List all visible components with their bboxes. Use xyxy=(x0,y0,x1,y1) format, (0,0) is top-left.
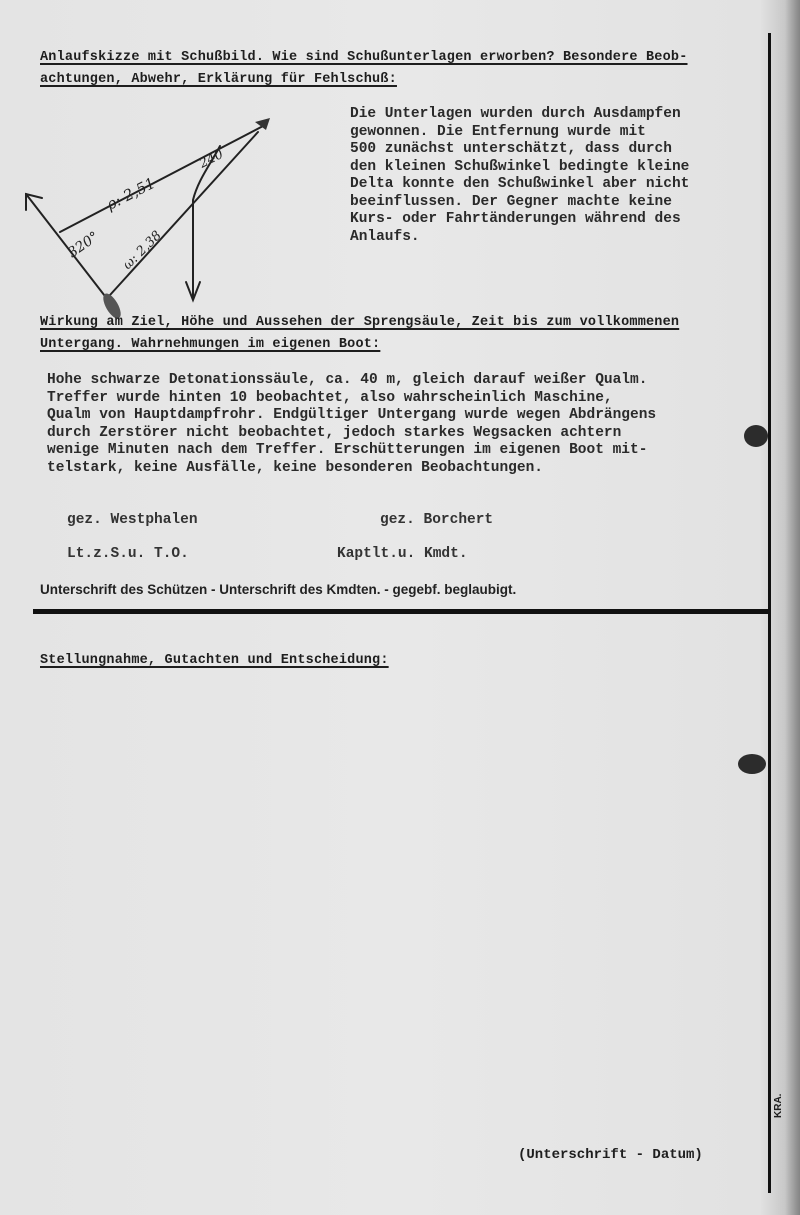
section-divider xyxy=(33,609,771,614)
attack-sketch-diagram: ρ: 2,51 240 320° ω: 2,38 xyxy=(20,110,280,330)
punch-hole-mark xyxy=(738,754,766,774)
margin-stamp: KRA. xyxy=(773,1094,784,1118)
section3-heading-text: Stellungnahme, Gutachten und Entscheidun… xyxy=(40,653,389,668)
section1-heading-line2: achtungen, Abwehr, Erklärung für Fehlsch… xyxy=(40,72,397,87)
section3-heading: Stellungnahme, Gutachten und Entscheidun… xyxy=(40,650,389,672)
section1-heading-line1: Anlaufskizze mit Schußbild. Wie sind Sch… xyxy=(40,50,688,65)
signature-caption: Unterschrift des Schützen - Unterschrift… xyxy=(40,582,516,597)
sketch-label-bearing: 240 xyxy=(196,147,226,172)
section2-text: Hohe schwarze Detonationssäule, ca. 40 m… xyxy=(47,372,656,477)
document-page: Anlaufskizze mit Schußbild. Wie sind Sch… xyxy=(0,0,800,1215)
sketch-label-track: ω: 2,38 xyxy=(120,228,165,273)
section1-heading: Anlaufskizze mit Schußbild. Wie sind Sch… xyxy=(40,47,688,91)
sketch-label-range: ρ: 2,51 xyxy=(103,174,158,214)
commander-signature: gez. Borchert xyxy=(380,512,493,528)
sketch-label-angle: 320° xyxy=(65,229,102,261)
section2-heading: Wirkung am Ziel, Höhe und Aussehen der S… xyxy=(40,312,679,356)
signature-date-label: (Unterschrift - Datum) xyxy=(518,1147,703,1163)
commander-rank: Kaptlt.u. Kmdt. xyxy=(337,546,468,562)
ink-blot xyxy=(744,425,768,447)
section2-heading-line1: Wirkung am Ziel, Höhe und Aussehen der S… xyxy=(40,315,679,330)
page-edge-shadow xyxy=(785,0,800,1215)
section2-heading-line2: Untergang. Wahrnehmungen im eigenen Boot… xyxy=(40,337,380,352)
shooter-signature: gez. Westphalen xyxy=(67,512,198,528)
section1-text: Die Unterlagen wurden durch Ausdampfen g… xyxy=(350,106,689,246)
shooter-rank: Lt.z.S.u. T.O. xyxy=(67,546,189,562)
